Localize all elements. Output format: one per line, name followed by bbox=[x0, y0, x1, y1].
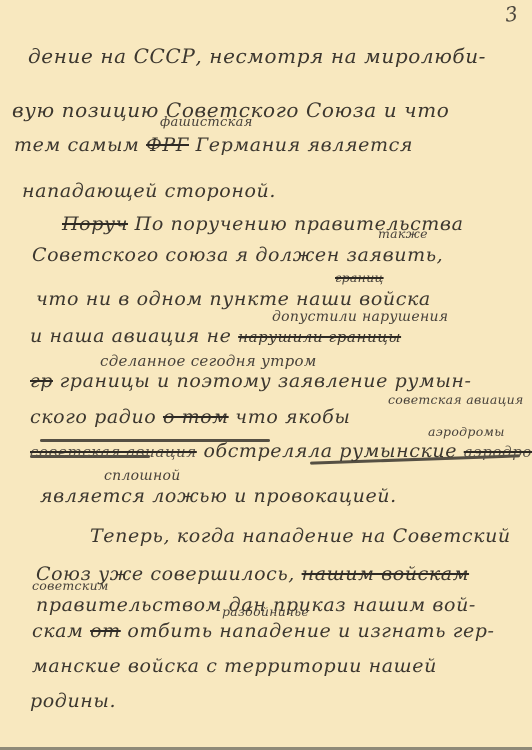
line-8-text: и наша авиация не bbox=[30, 325, 232, 347]
line-10-text: ского радио bbox=[30, 406, 156, 428]
line-16-text: скам bbox=[32, 620, 83, 642]
page-number: 3 bbox=[503, 1, 519, 27]
manuscript-line-8: и наша авиация не нарушили границы bbox=[30, 325, 401, 347]
manuscript-line-16: скам от отбить нападение и изгнать гер- bbox=[32, 620, 495, 642]
insertion-struck-borders: границ bbox=[335, 270, 384, 285]
manuscript-line-1: дение на СССР, несмотря на миролюби- bbox=[28, 44, 486, 68]
manuscript-line-18: родины. bbox=[30, 690, 116, 712]
struck-text: нашим войскам bbox=[302, 563, 469, 585]
insertion-predatory: разбойничье bbox=[222, 604, 309, 619]
line-10-text2: что якобы bbox=[235, 406, 350, 428]
insertion-soviet-aviation: советская авиация bbox=[388, 392, 524, 407]
insertion-allowed-violations: допустили нарушения bbox=[272, 309, 448, 325]
struck-text: советская авиация bbox=[30, 443, 197, 461]
insertion-airfields: аэродромы bbox=[428, 424, 505, 439]
manuscript-line-3: тем самым ФРГ Германия является bbox=[14, 134, 413, 156]
insertion-soviet: советским bbox=[32, 578, 109, 593]
line-11-text: обстреляла румынские bbox=[203, 440, 457, 462]
manuscript-line-4: нападающей стороной. bbox=[22, 180, 276, 202]
struck-text: ФРГ bbox=[146, 134, 189, 156]
line-9-text: границы и поэтому заявление румын- bbox=[60, 370, 472, 392]
insertion-also: также bbox=[378, 226, 428, 241]
struck-text: Поруч bbox=[62, 213, 128, 235]
insertion-fascist: фашистская bbox=[160, 115, 253, 130]
line-3-prefix: тем самым bbox=[14, 134, 139, 156]
manuscript-line-11: советская авиация обстреляла румынские а… bbox=[30, 440, 532, 462]
manuscript-line-13: Теперь, когда нападение на Советский bbox=[90, 525, 511, 547]
struck-text-2: аэродромы bbox=[464, 443, 532, 461]
struck-text: нарушили границы bbox=[238, 328, 401, 346]
manuscript-line-7: что ни в одном пункте наши войска bbox=[36, 288, 431, 310]
manuscript-line-12: является ложью и провокацией. bbox=[40, 485, 397, 507]
struck-text: о том bbox=[163, 406, 229, 428]
struck-text: от bbox=[90, 620, 121, 642]
insertion-made-this-morning: сделанное сегодня утром bbox=[100, 352, 317, 370]
line-3-text: Германия является bbox=[196, 134, 413, 156]
insertion-utter: сплошной bbox=[104, 468, 181, 484]
manuscript-line-6: Советского союза я должен заявить, bbox=[32, 244, 443, 266]
line-16-text2: отбить нападение и изгнать гер- bbox=[127, 620, 494, 642]
manuscript-line-17: манские войска с территории нашей bbox=[32, 655, 437, 677]
struck-text: гр bbox=[30, 370, 53, 392]
manuscript-line-9: гр границы и поэтому заявление румын- bbox=[30, 370, 472, 392]
manuscript-line-10: ского радио о том что якобы bbox=[30, 406, 350, 428]
manuscript-page: 3 дение на СССР, несмотря на миролюби- в… bbox=[0, 0, 532, 747]
